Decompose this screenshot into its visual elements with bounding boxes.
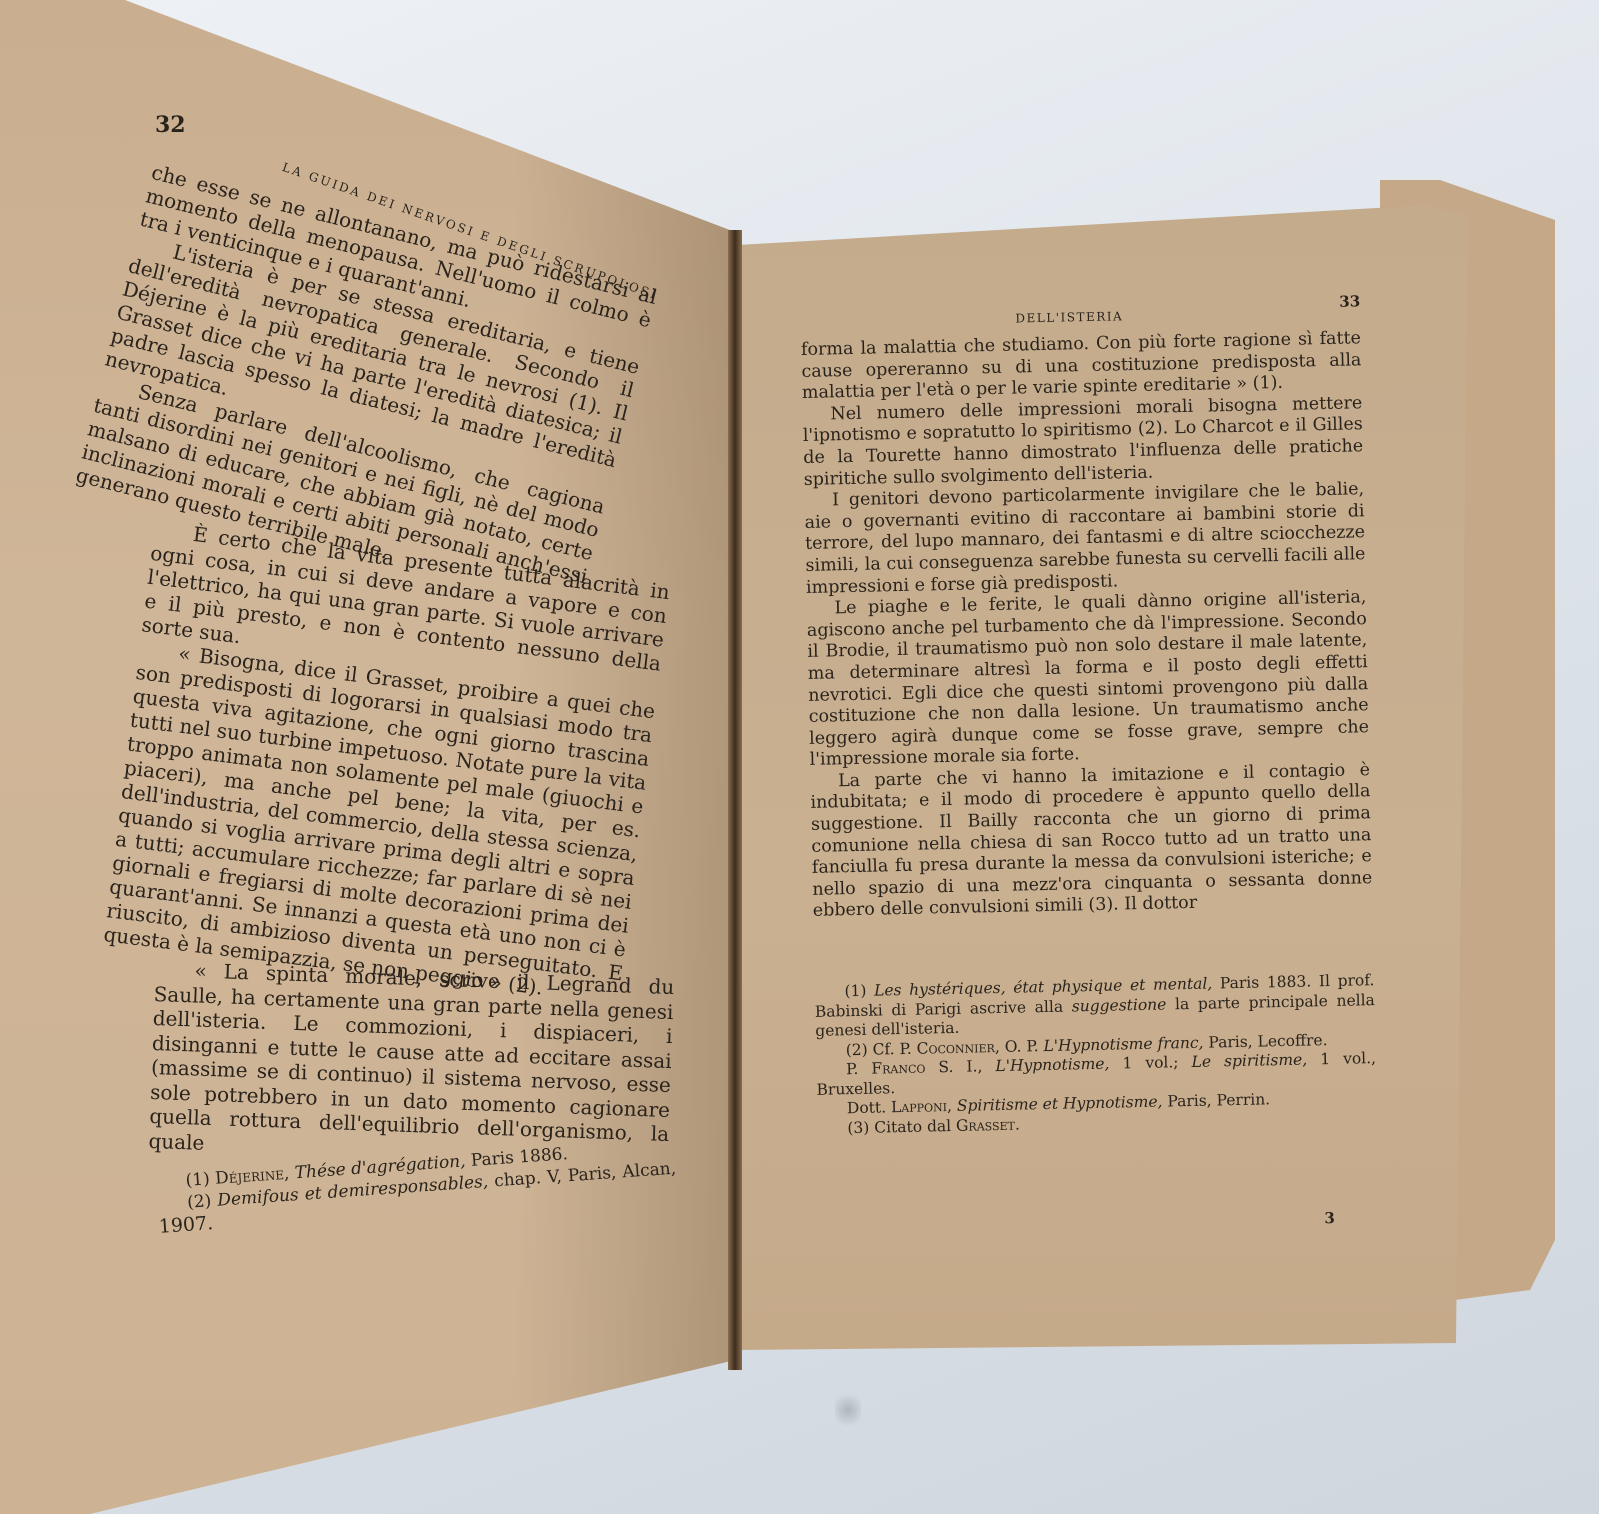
paragraph: La parte che vi hanno la imitazione e il… — [810, 760, 1373, 923]
table-stain — [835, 1390, 861, 1430]
left-page-header: 32 — [155, 112, 675, 152]
book-gutter — [728, 230, 742, 1370]
left-page-content: 32 LA GUIDA DEI NERVOSI E DEGLI SCRUPOLO… — [155, 112, 675, 152]
left-body-lower: « La spinta morale, scrive il Legrand du… — [148, 957, 675, 1171]
page-number-right: 33 — [1339, 292, 1360, 310]
paragraph: I genitori devono particolarmente invigi… — [804, 479, 1366, 599]
running-head-right: DELL'ISTERIA — [1015, 309, 1123, 325]
paragraph-quote: « Bisogna, dice il Grasset, proibire a q… — [102, 636, 656, 1009]
paragraph: forma la malattia che studiamo. Con più … — [801, 328, 1362, 404]
page-number-left: 32 — [155, 112, 186, 138]
signature-mark: 3 — [1324, 1209, 1335, 1227]
right-footnotes: (1) Les hystériques, état physique et me… — [814, 971, 1377, 1139]
right-page-content: DELL'ISTERIA 33 forma la malattia che st… — [800, 288, 1377, 1139]
right-body: forma la malattia che studiamo. Con più … — [801, 328, 1373, 923]
paragraph-quote: « La spinta morale, scrive il Legrand du… — [148, 957, 675, 1171]
paragraph: Nel numero delle impressioni morali biso… — [802, 393, 1364, 491]
paragraph: Le piaghe e le ferite, le quali dànno or… — [806, 587, 1369, 771]
left-body-middle: È certo che la vita presente tutta alacr… — [102, 517, 671, 1009]
